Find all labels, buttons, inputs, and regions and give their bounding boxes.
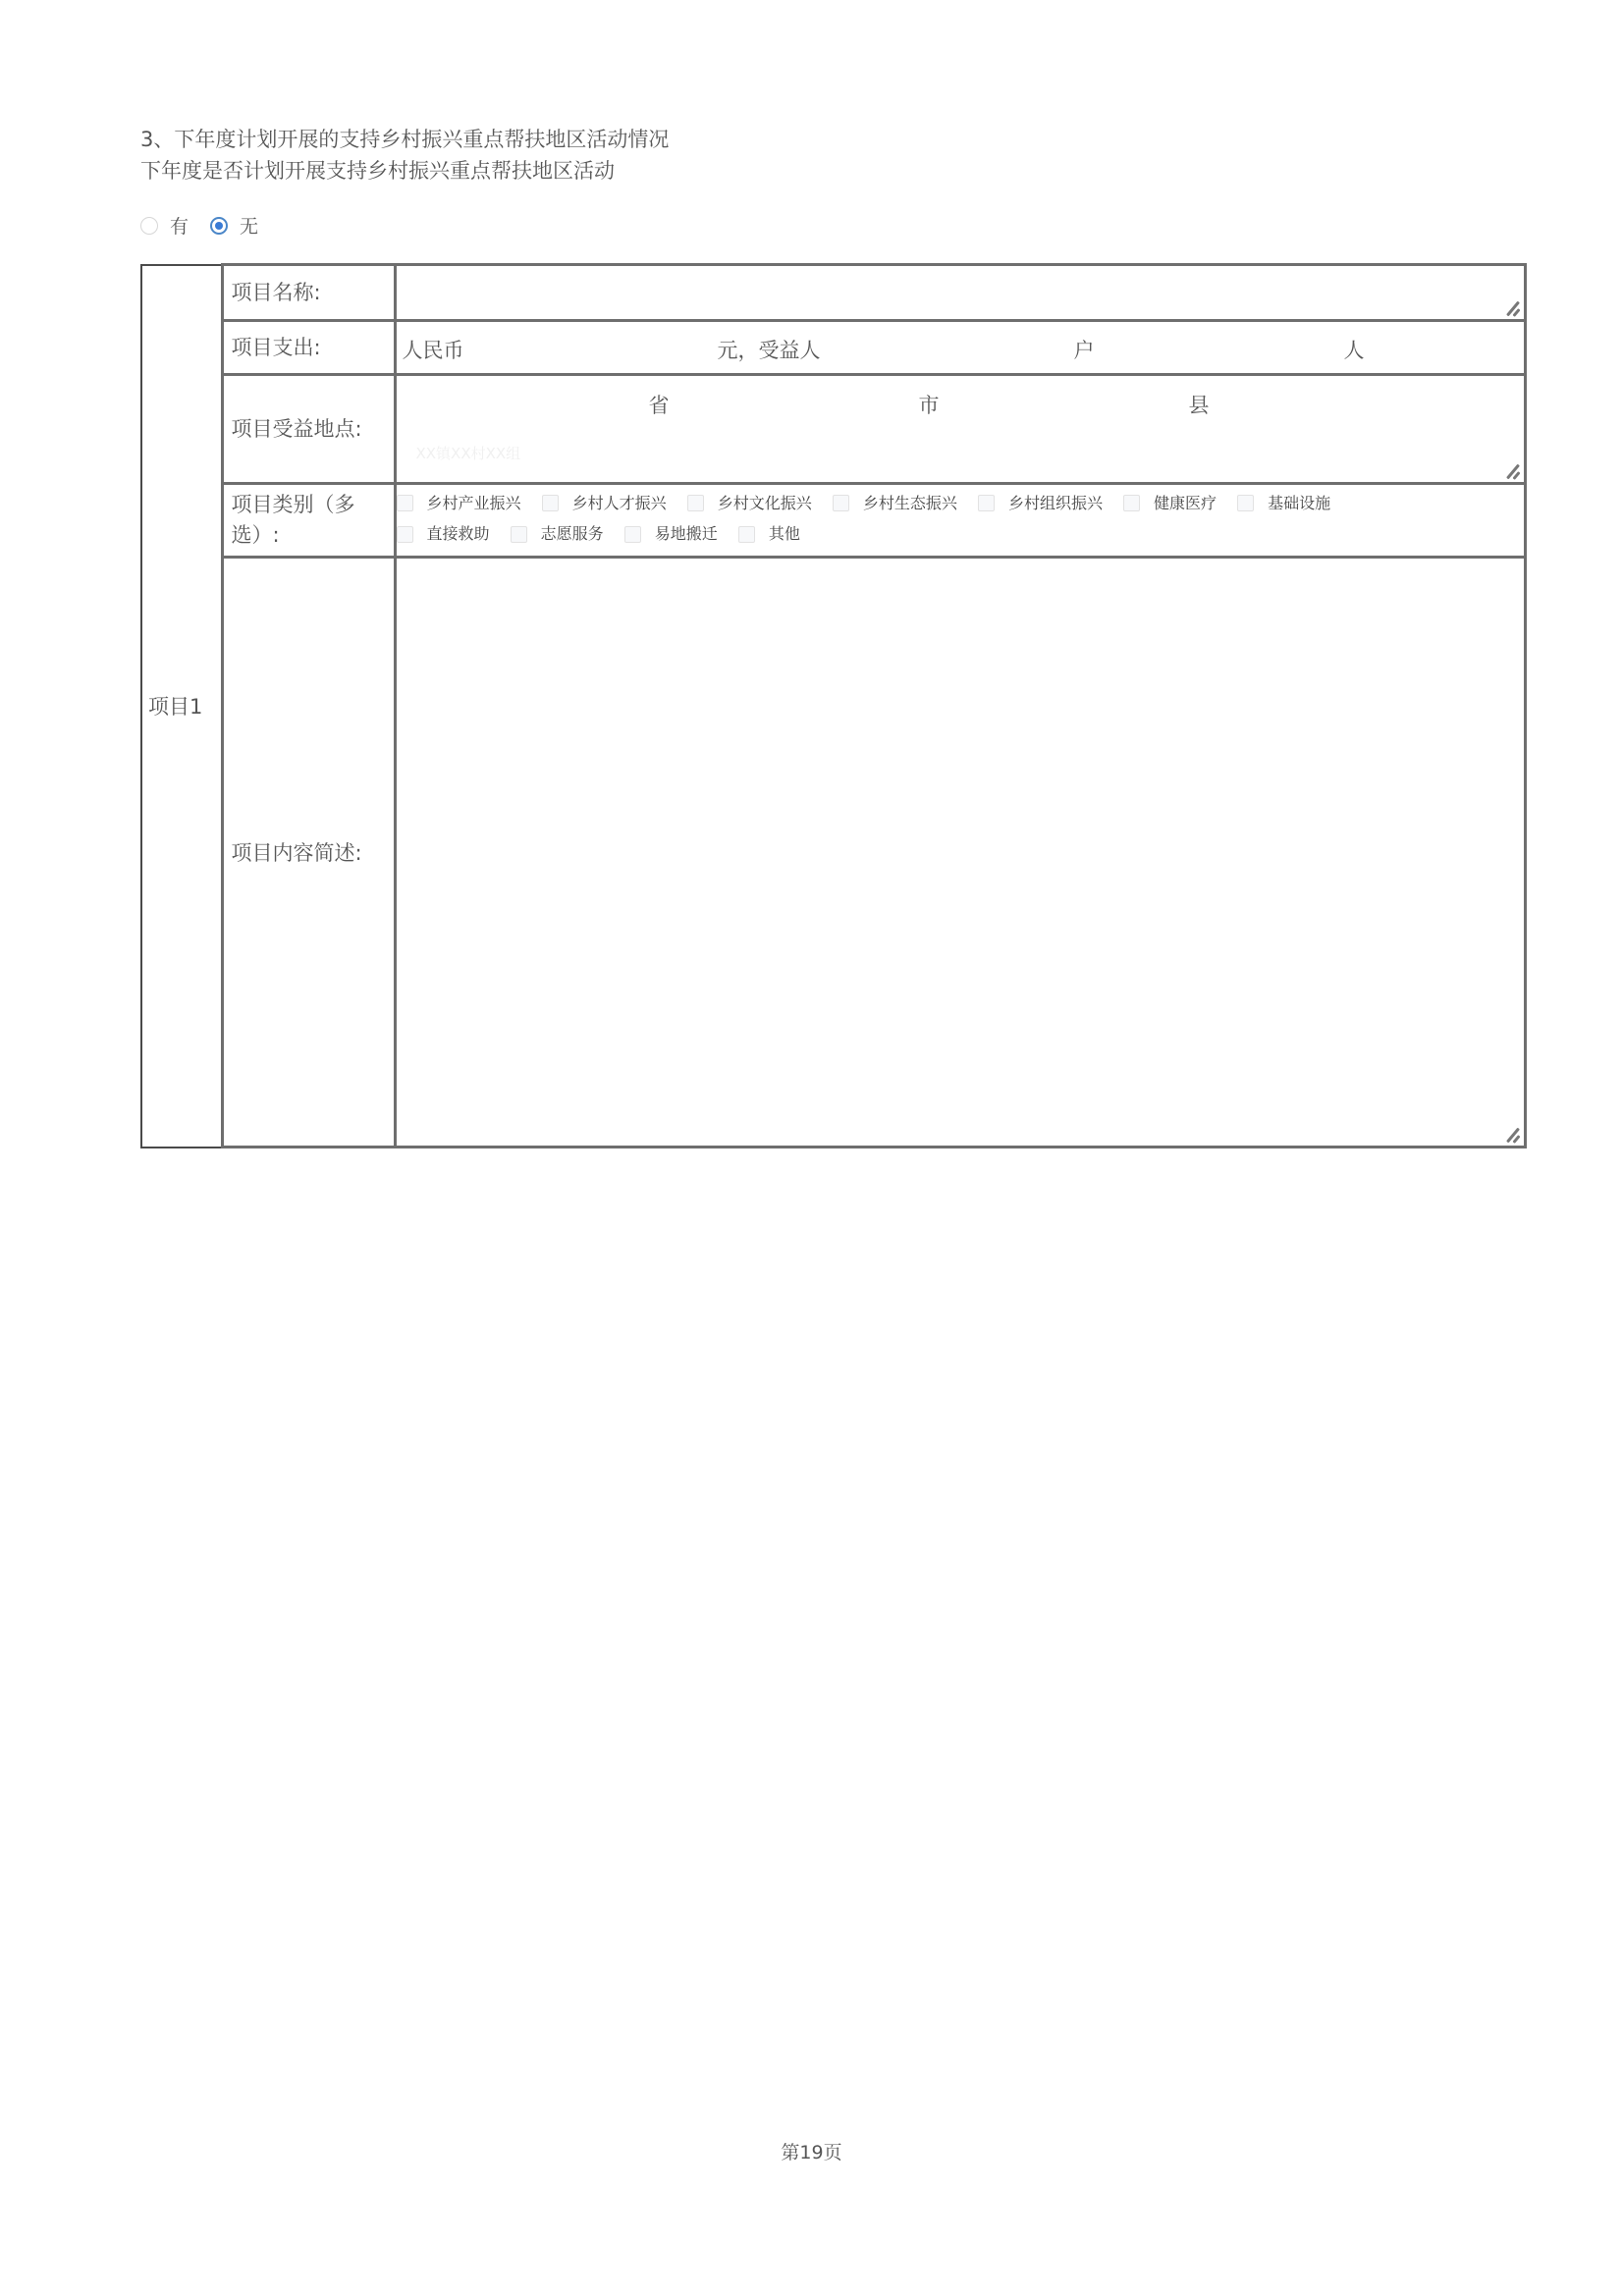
row-project-expense: 项目支出: 人民币 元，受益人 户 人 — [141, 321, 1526, 375]
category-relocation[interactable]: 易地搬迁 — [624, 520, 718, 548]
category-label: 其他 — [769, 520, 800, 548]
row-project-name: 项目1 项目名称: — [141, 265, 1526, 321]
category-rural-ecology[interactable]: 乡村生态振兴 — [833, 490, 957, 517]
location-detail-input[interactable]: XX镇XX村XX组 — [416, 443, 521, 463]
category-label: 乡村人才振兴 — [572, 490, 667, 517]
category-label: 乡村组织振兴 — [1008, 490, 1103, 517]
checkbox-icon[interactable] — [978, 495, 995, 511]
section-question: 下年度是否计划开展支持乡村振兴重点帮扶地区活动 — [140, 155, 669, 187]
category-label: 乡村文化振兴 — [718, 490, 812, 517]
project-location-fields: 省 市 县 XX镇XX村XX组 — [395, 375, 1526, 484]
radio-label-yes: 有 — [170, 212, 189, 239]
category-rural-talent[interactable]: 乡村人才振兴 — [542, 490, 667, 517]
project-content-label: 项目内容简述: — [222, 558, 395, 1148]
category-rural-culture[interactable]: 乡村文化振兴 — [687, 490, 812, 517]
checkbox-icon[interactable] — [1237, 495, 1254, 511]
checkbox-icon[interactable] — [738, 526, 755, 543]
category-infrastructure[interactable]: 基础设施 — [1237, 490, 1330, 517]
project-number-cell: 项目1 — [141, 265, 222, 1148]
project-location-label: 项目受益地点: — [222, 375, 395, 484]
resize-handle-icon[interactable] — [1506, 302, 1520, 316]
checkbox-icon[interactable] — [542, 495, 559, 511]
unit-city: 市 — [919, 390, 940, 419]
section-heading: 3、下年度计划开展的支持乡村振兴重点帮扶地区活动情况 下年度是否计划开展支持乡村… — [140, 124, 669, 187]
households-input[interactable] — [839, 335, 1045, 360]
radio-unchecked-icon[interactable] — [140, 217, 158, 235]
resize-handle-icon[interactable] — [1506, 465, 1520, 479]
checkbox-icon[interactable] — [624, 526, 641, 543]
radio-label-no: 无 — [240, 212, 258, 239]
project-expense-fields: 人民币 元，受益人 户 人 — [395, 321, 1526, 375]
project-category-options: 乡村产业振兴 乡村人才振兴 乡村文化振兴 乡村生态振兴 乡村组织振兴 健康医疗 … — [395, 484, 1526, 558]
radio-option-yes[interactable]: 有 — [140, 212, 189, 239]
project-content-textarea[interactable] — [395, 558, 1526, 1148]
row-project-category: 项目类别（多选）: 乡村产业振兴 乡村人才振兴 乡村文化振兴 乡村生态振兴 乡村… — [141, 484, 1526, 558]
amount-input[interactable] — [485, 335, 681, 360]
county-select[interactable] — [951, 386, 1177, 415]
currency-prefix: 人民币 — [403, 335, 464, 364]
project-name-input[interactable] — [395, 265, 1526, 321]
city-select[interactable] — [681, 386, 907, 415]
category-volunteer[interactable]: 志愿服务 — [511, 520, 604, 548]
row-project-location: 项目受益地点: 省 市 县 XX镇XX村XX组 — [141, 375, 1526, 484]
resize-handle-icon[interactable] — [1506, 1129, 1520, 1143]
category-label: 志愿服务 — [541, 520, 604, 548]
province-select[interactable] — [403, 386, 638, 415]
unit-province: 省 — [649, 390, 670, 419]
category-direct-aid[interactable]: 直接救助 — [397, 520, 490, 548]
project-name-label: 项目名称: — [222, 265, 395, 321]
category-label: 易地搬迁 — [655, 520, 718, 548]
unit-households: 户 — [1074, 335, 1095, 364]
project-expense-label: 项目支出: — [222, 321, 395, 375]
category-label: 健康医疗 — [1154, 490, 1217, 517]
checkbox-icon[interactable] — [687, 495, 704, 511]
radio-option-no[interactable]: 无 — [210, 212, 258, 239]
project-category-label: 项目类别（多选）: — [222, 484, 395, 558]
people-input[interactable] — [1123, 335, 1339, 360]
category-rural-industry[interactable]: 乡村产业振兴 — [397, 490, 521, 517]
category-health-medical[interactable]: 健康医疗 — [1123, 490, 1217, 517]
category-label: 乡村产业振兴 — [427, 490, 521, 517]
category-label: 基础设施 — [1268, 490, 1330, 517]
checkbox-icon[interactable] — [833, 495, 849, 511]
checkbox-icon[interactable] — [397, 495, 413, 511]
checkbox-icon[interactable] — [1123, 495, 1140, 511]
radio-checked-icon[interactable] — [210, 217, 228, 235]
category-other[interactable]: 其他 — [738, 520, 800, 548]
checkbox-icon[interactable] — [511, 526, 527, 543]
unit-yuan-beneficiary: 元，受益人 — [718, 335, 821, 364]
project-table: 项目1 项目名称: 项目支出: 人民币 元，受益人 户 人 项目受益地点: — [140, 263, 1527, 1148]
category-label: 直接救助 — [427, 520, 490, 548]
page-number: 第19页 — [0, 2138, 1623, 2164]
unit-people: 人 — [1344, 335, 1365, 364]
plan-radio-group: 有 无 — [140, 212, 280, 239]
unit-county: 县 — [1189, 390, 1210, 419]
category-rural-organization[interactable]: 乡村组织振兴 — [978, 490, 1103, 517]
checkbox-icon[interactable] — [397, 526, 413, 543]
section-title: 3、下年度计划开展的支持乡村振兴重点帮扶地区活动情况 — [140, 124, 669, 155]
row-project-content: 项目内容简述: — [141, 558, 1526, 1148]
category-label: 乡村生态振兴 — [863, 490, 957, 517]
